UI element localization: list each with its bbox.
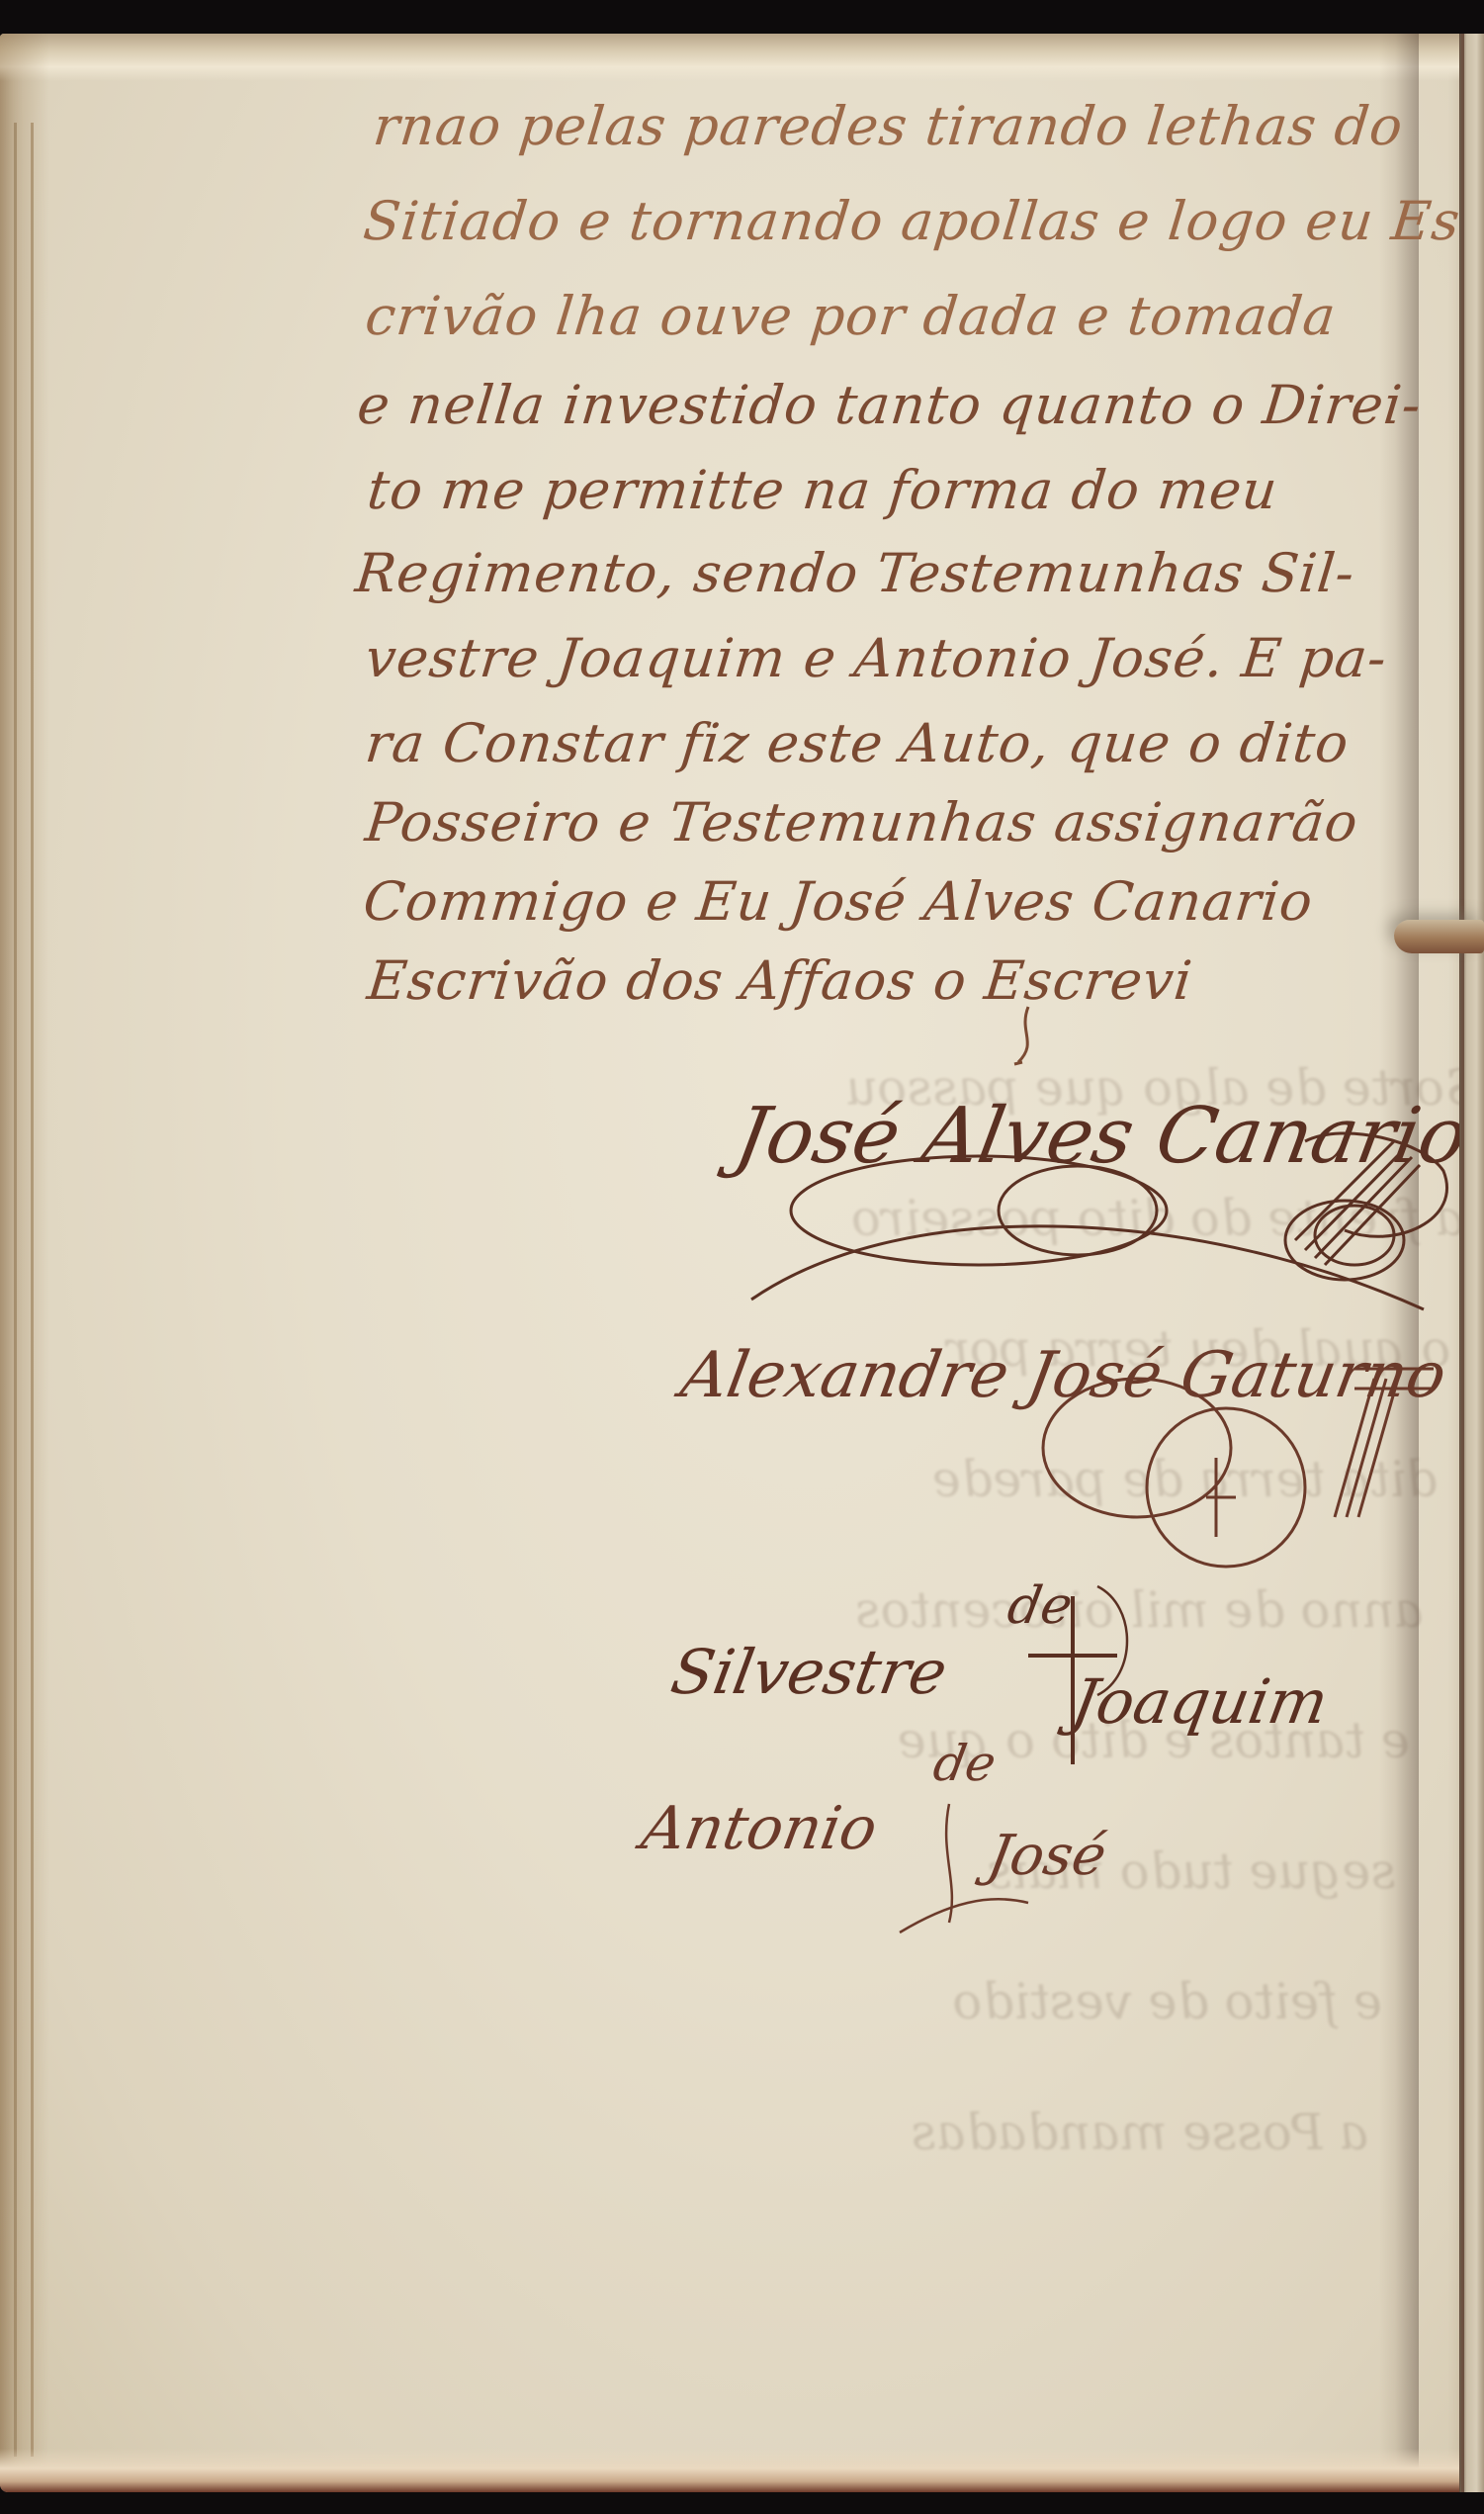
body-line: Regimento, sendo Testemunhas Sil-: [353, 542, 1358, 604]
body-line: ra Constar fiz este Auto, que o dito: [363, 712, 1353, 774]
witness-2-first-name: Antonio: [637, 1794, 883, 1863]
body-line: vestre Joaquim e Antonio José. E pa-: [363, 627, 1390, 689]
witness-1-cross-mark-de: de: [1004, 1576, 1078, 1636]
signature-escrivao: José Alves Canario: [729, 1092, 1471, 1181]
body-line: Commigo e Eu José Alves Canario: [361, 870, 1317, 933]
body-line: to me permitte na forma do meu: [365, 459, 1281, 521]
body-text: rnao pelas paredes tirando lethas do Sit…: [0, 34, 1471, 2492]
witness-1-first-name: Silvestre: [666, 1636, 953, 1708]
witness-2-last-name: José: [983, 1824, 1111, 1888]
binding-fold-line: [1461, 34, 1464, 2492]
body-line: Posseiro e Testemunhas assignarão: [363, 791, 1361, 853]
manuscript-page: Sorte de algo que passou a frente do dit…: [0, 34, 1471, 2492]
binding-thread: [1394, 920, 1484, 953]
body-line: rnao pelas paredes tirando lethas do: [371, 95, 1407, 157]
body-line: Sitiado e tornando apollas e logo eu Es-: [361, 190, 1471, 252]
body-line: Escrivão dos Affaos o Escrevi: [365, 949, 1196, 1012]
signature-posseiro: Alexandre José Gaturno: [675, 1339, 1451, 1412]
witness-2-cross-mark-de: de: [929, 1735, 1001, 1792]
body-line: e nella investido tanto quanto o Direi-: [355, 374, 1425, 436]
body-line: crivão lha ouve por dada e tomada: [363, 285, 1340, 347]
witness-1-last-name: Joaquim: [1067, 1665, 1334, 1738]
